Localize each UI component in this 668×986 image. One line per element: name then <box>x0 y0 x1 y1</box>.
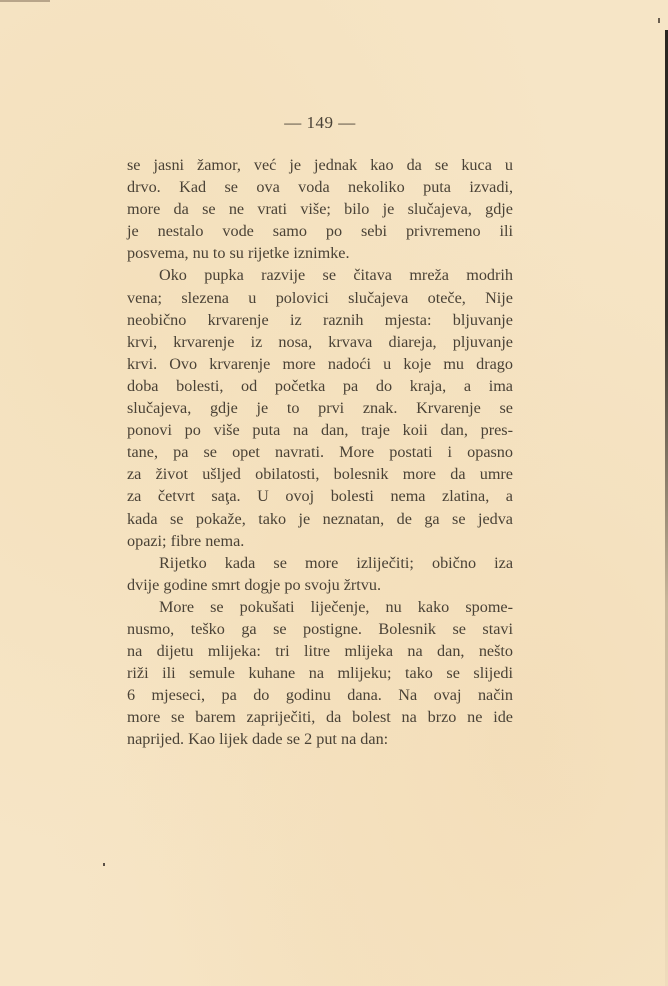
scan-speck <box>103 863 105 866</box>
text-line: neobično krvarenje iz raznih mjesta: blj… <box>127 309 513 331</box>
scan-speck <box>658 18 660 23</box>
text-line: je nestalo vode samo po sebi privremeno … <box>127 220 513 242</box>
text-line: more da se ne vrati više; bilo je slučaj… <box>127 198 513 220</box>
text-line: vena; slezena u polovici slučajeva oteče… <box>127 287 513 309</box>
text-line: drvo. Kad se ova voda nekoliko puta izva… <box>127 176 513 198</box>
text-line: opazi; fibre nema. <box>127 530 513 552</box>
text-line: dvije godine smrt dogje po svoju žrtvu. <box>127 574 513 596</box>
text-line: riži ili semule kuhane na mlijeku; tako … <box>127 662 513 684</box>
text-line: More se pokušati liječenje, nu kako spom… <box>127 596 513 618</box>
text-line: tane, pa se opet navrati. More postati i… <box>127 441 513 463</box>
page-number: — 149 — <box>0 113 640 133</box>
text-line: posvema, nu to su rijetke iznimke. <box>127 242 513 264</box>
text-line: Oko pupka razvije se čitava mreža modrih <box>127 264 513 286</box>
text-line: kada se pokaže, tako je neznatan, de ga … <box>127 508 513 530</box>
body-text: se jasni žamor, već je jednak kao da se … <box>127 154 513 751</box>
text-line: krvi. Ovo krvarenje more nadoći u koje m… <box>127 353 513 375</box>
text-line: naprijed. Kao lijek dade se 2 put na dan… <box>127 728 513 750</box>
text-line: ponovi po više puta na dan, traje koii d… <box>127 419 513 441</box>
text-line: na dijetu mlijeka: tri litre mlijeka na … <box>127 640 513 662</box>
text-line: more se barem zapriječiti, da bolest na … <box>127 706 513 728</box>
text-line: doba bolesti, od početka pa do kraja, a … <box>127 375 513 397</box>
text-line: krvi, krvarenje iz nosa, krvava diareja,… <box>127 331 513 353</box>
text-line: za četvrt saţa. U ovoj bolesti nema zlat… <box>127 485 513 507</box>
text-line: slučajeva, gdje je to prvi znak. Krvaren… <box>127 397 513 419</box>
text-line: 6 mjeseci, pa do godinu dana. Na ovaj na… <box>127 684 513 706</box>
scan-edge-mark <box>0 0 50 2</box>
text-line: se jasni žamor, već je jednak kao da se … <box>127 154 513 176</box>
text-line: nusmo, teško ga se postigne. Bolesnik se… <box>127 618 513 640</box>
text-line: Rijetko kada se more izliječiti; obično … <box>127 552 513 574</box>
text-line: za život ušljed obilatosti, bolesnik mor… <box>127 463 513 485</box>
